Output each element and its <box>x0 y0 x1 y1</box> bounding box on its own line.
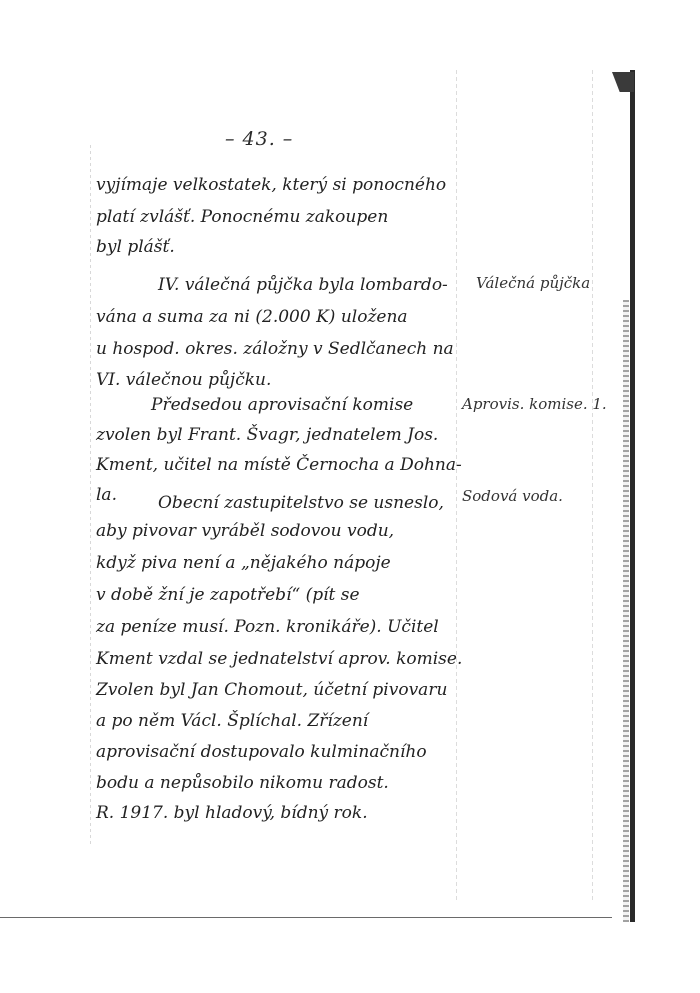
book-binding-edge <box>630 70 635 922</box>
text-line: Obecní zastupitelstvo se usneslo, <box>158 493 444 513</box>
page-fold-line <box>90 145 91 845</box>
text-line: Předsedou aprovisační komise <box>151 395 413 415</box>
text-line: vyjímaje velkostatek, který si ponocného <box>96 175 446 195</box>
text-line: VI. válečnou půjčku. <box>96 370 271 390</box>
text-line: IV. válečná půjčka byla lombardo- <box>158 275 448 295</box>
manuscript-page: – 43. – vyjímaje velkostatek, který si p… <box>0 0 700 993</box>
text-line: a po něm Václ. Šplíchal. Zřízení <box>96 711 368 731</box>
text-line: zvolen byl Frant. Švagr, jednatelem Jos. <box>96 425 438 445</box>
margin-note-war-loan: Válečná půjčka <box>476 274 590 292</box>
margin-column-line <box>456 70 457 900</box>
page-number: – 43. – <box>225 128 293 150</box>
text-line: Kment, učitel na místě Černocha a Dohna- <box>96 455 462 475</box>
margin-note-soda-water: Sodová voda. <box>462 487 563 505</box>
text-line: za peníze musí. Pozn. kronikáře). Učitel <box>96 617 439 637</box>
text-line: platí zvlášť. Ponocnému zakoupen <box>96 207 388 227</box>
margin-note-aprovis-commission: Aprovis. komise. 1. <box>462 395 607 413</box>
page-bottom-edge <box>0 917 612 918</box>
text-line: la. <box>96 485 117 505</box>
text-line: byl plášť. <box>96 237 175 257</box>
text-line: Zvolen byl Jan Chomout, účetní pivovaru <box>96 680 447 700</box>
text-line: vána a suma za ni (2.000 K) uložena <box>96 307 408 327</box>
text-line: aby pivovar vyráběl sodovou vodu, <box>96 521 394 541</box>
margin-column-line <box>592 70 593 900</box>
text-line: u hospod. okres. záložny v Sedlčanech na <box>96 339 454 359</box>
text-line: Kment vzdal se jednatelství aprov. komis… <box>96 649 462 669</box>
text-line: bodu a nepůsobilo nikomu radost. <box>96 773 389 793</box>
text-line: když piva není a „nějakého nápoje <box>96 553 391 573</box>
text-line: aprovisační dostupovalo kulminačního <box>96 742 427 762</box>
text-line: R. 1917. byl hladový, bídný rok. <box>96 803 368 823</box>
binding-texture <box>623 300 629 922</box>
binding-corner <box>612 72 634 92</box>
text-line: v době žní je zapotřebí“ (pít se <box>96 585 360 605</box>
